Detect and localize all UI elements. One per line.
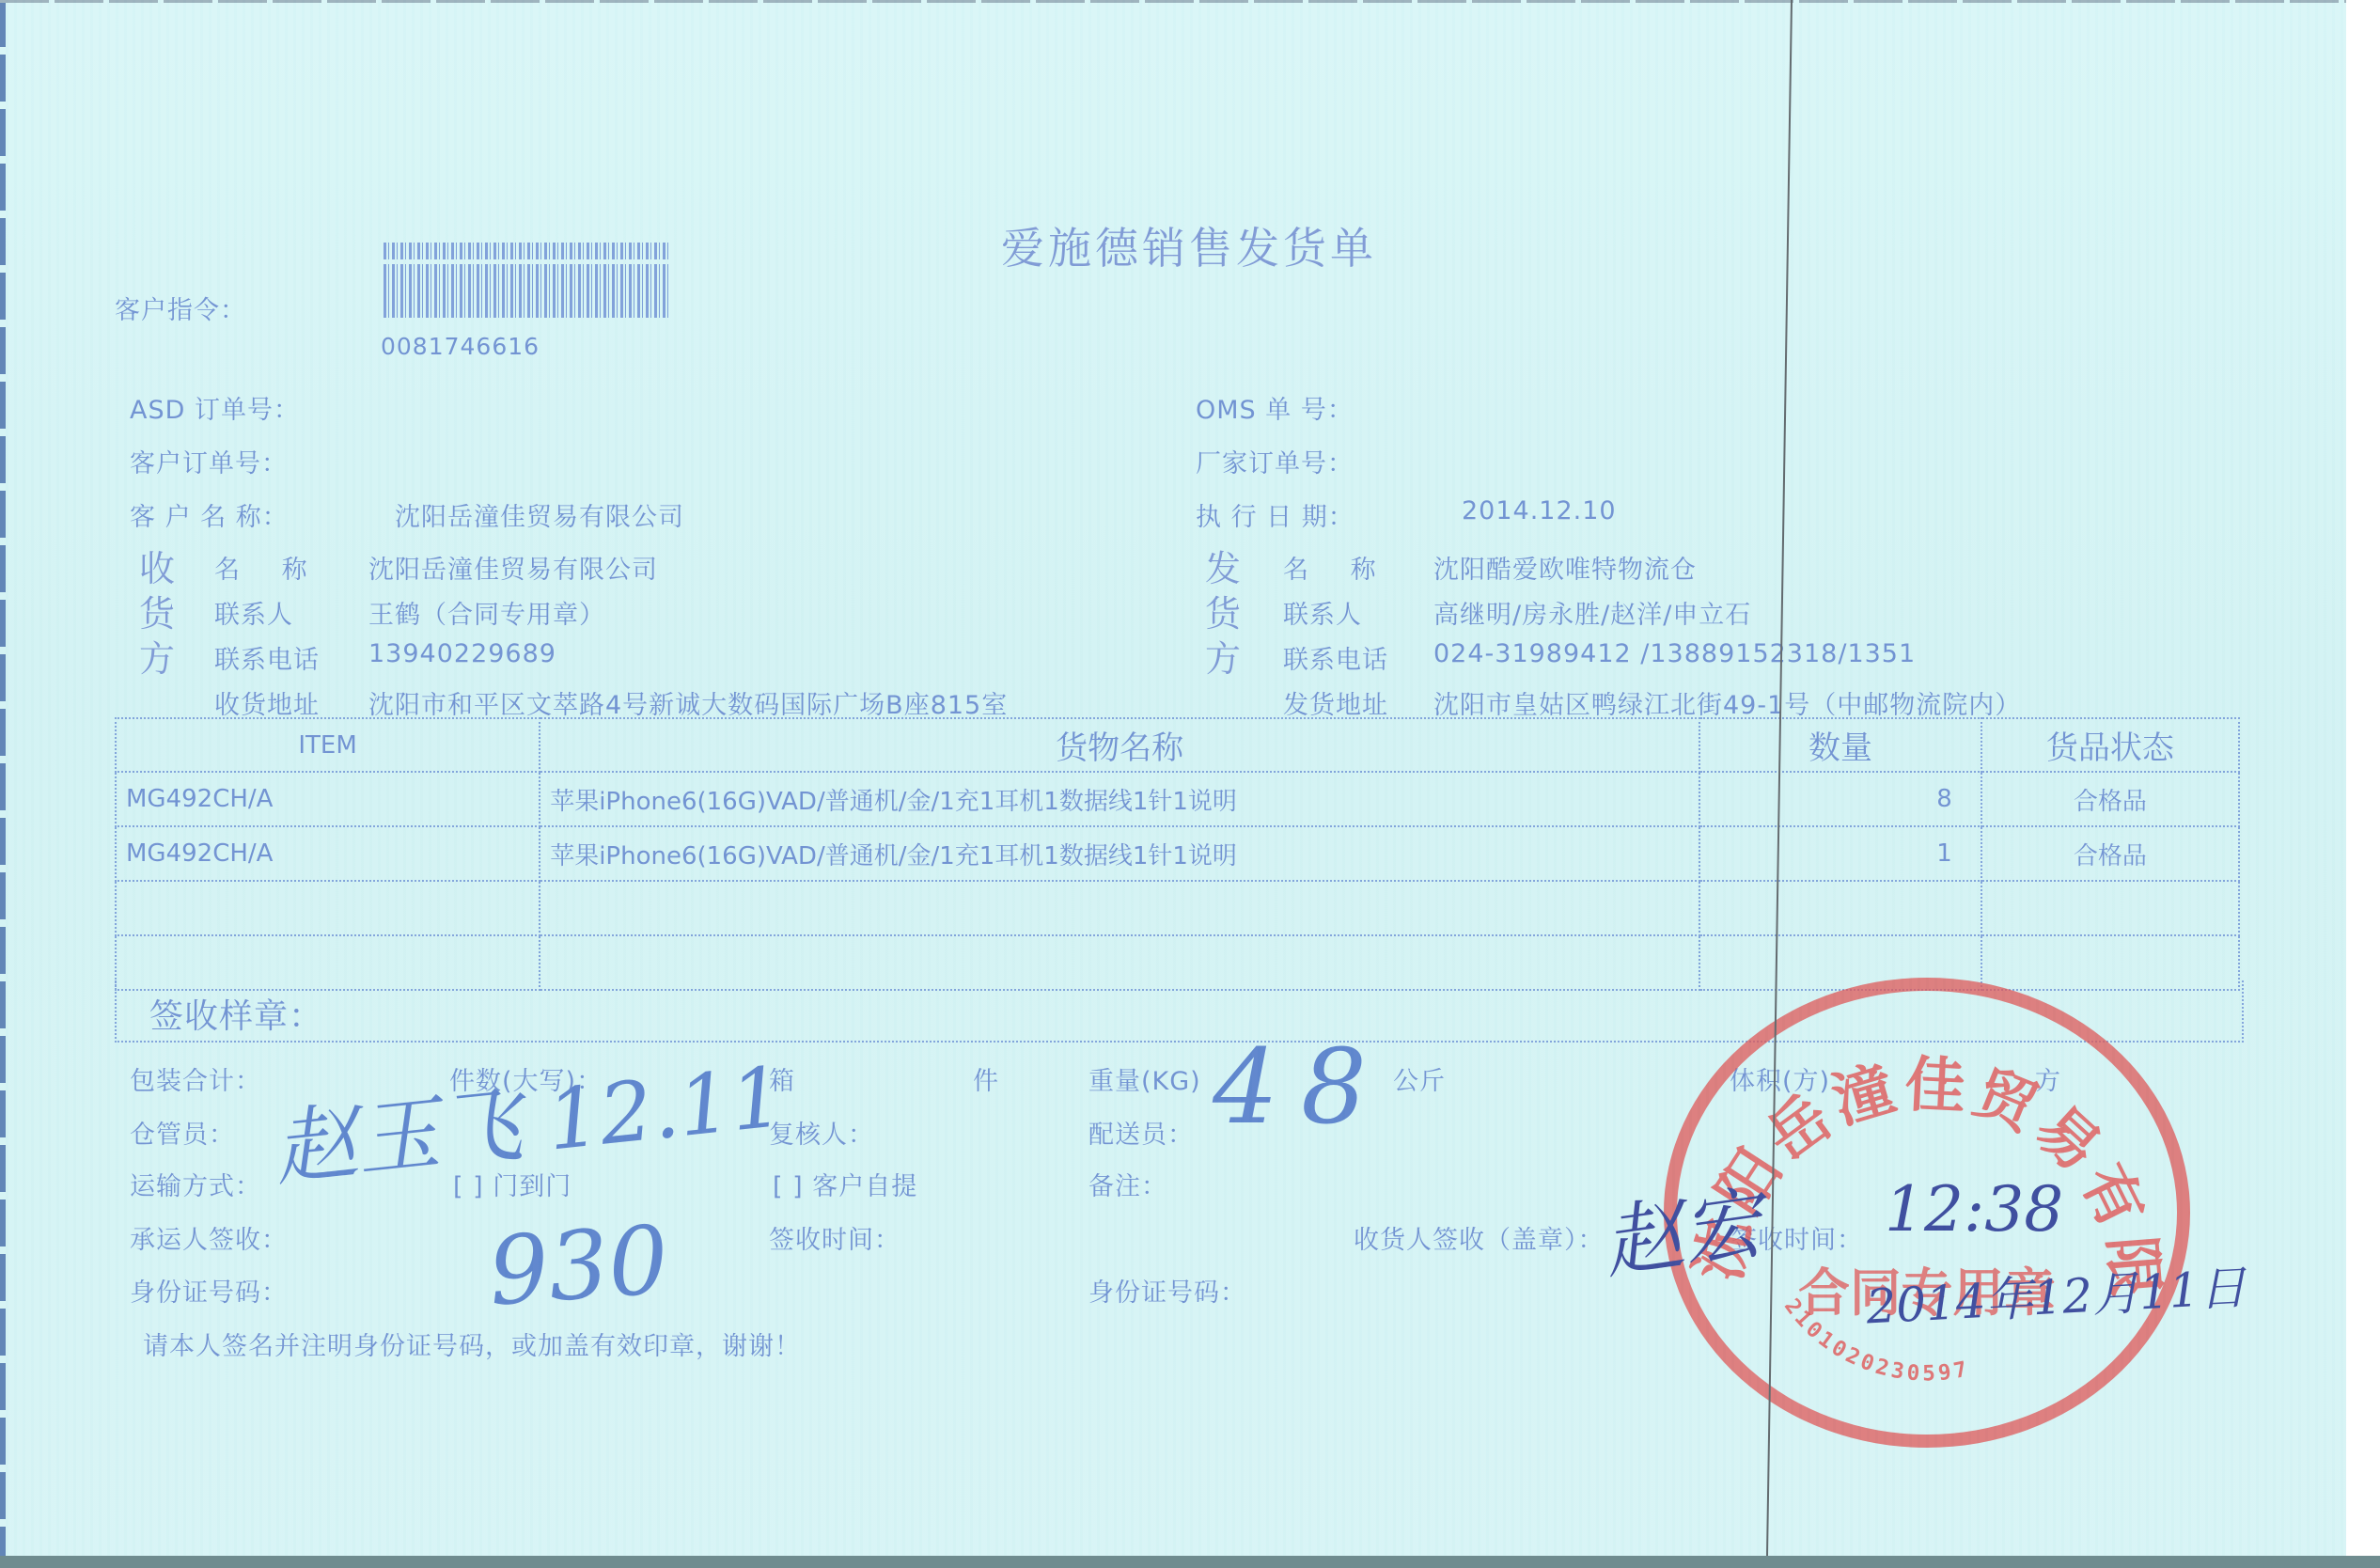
row-status: 合格品 [1981, 826, 2239, 881]
row-quantity: 8 [1699, 772, 1981, 826]
row-item: MG492CH/A [116, 826, 540, 881]
sender-side-3: 方 [1205, 630, 1242, 682]
handwritten-carrier-number: 930 [485, 1204, 672, 1326]
handwritten-weight: 48 [1213, 1027, 1389, 1147]
sender-side-1: 发 [1205, 540, 1242, 591]
row-item [116, 881, 540, 935]
table-row: MG492CH/A 苹果iPhone6(16G)VAD/普通机/金/1充1耳机1… [116, 826, 2239, 881]
sender-contact-label: 联系人 [1283, 594, 1362, 631]
weight-label: 重量(KG) [1088, 1060, 1201, 1097]
warehouse-keeper-label: 仓管员： [130, 1114, 235, 1151]
row-goods-name [540, 881, 1699, 935]
header-status: 货品状态 [1981, 718, 2239, 772]
delivery-person-label: 配送员： [1088, 1114, 1194, 1151]
id-number-label-left: 身份证号码： [130, 1272, 288, 1309]
factory-order-label: 厂家订单号： [1196, 443, 1354, 479]
handwritten-sign-time: 12:38 [1885, 1173, 2063, 1246]
carrier-sign-label: 承运人签收： [130, 1219, 288, 1256]
transport-label: 运输方式： [130, 1166, 261, 1202]
receiver-contact-value: 王鹤（合同专用章） [368, 594, 605, 631]
option-customer-pickup[interactable]: [ ] 客户自提 [773, 1166, 917, 1202]
signature-notice: 请本人签名并注明身份证号码，或加盖有效印章，谢谢！ [143, 1325, 801, 1362]
piece-label: 件 [973, 1060, 999, 1097]
id-number-label-right: 身份证号码： [1088, 1272, 1246, 1309]
header-item: ITEM [116, 718, 540, 772]
row-goods-name: 苹果iPhone6(16G)VAD/普通机/金/1充1耳机1数据线1针1说明 [540, 772, 1699, 826]
sender-phone-label: 联系电话 [1283, 639, 1388, 676]
receiver-side-3: 方 [139, 630, 176, 682]
goods-table-header: ITEM 货物名称 数量 货品状态 [116, 718, 2239, 772]
receiver-phone-label: 联系电话 [214, 639, 320, 676]
barcode-number: 0081746616 [381, 333, 540, 360]
customer-name-value: 沈阳岳潼佳贸易有限公司 [395, 496, 684, 533]
bottom-edge [0, 1556, 2380, 1568]
header-goods-name: 货物名称 [540, 718, 1699, 772]
goods-table: ITEM 货物名称 数量 货品状态 MG492CH/A 苹果iPhone6(16… [115, 717, 2240, 991]
top-perforation [0, 0, 2346, 3]
sender-name-value: 沈阳酷爱欧唯特物流仓 [1433, 549, 1697, 586]
receiver-name-value: 沈阳岳潼佳贸易有限公司 [368, 549, 658, 586]
customer-instruction-label: 客户指令： [115, 290, 246, 326]
row-status: 合格品 [1981, 772, 2239, 826]
receiver-name-label: 名 称 [214, 549, 324, 586]
sender-address-label: 发货地址 [1283, 684, 1388, 721]
sign-sample-label: 签收样章： [149, 990, 323, 1038]
asd-order-label: ASD 订单号： [130, 389, 300, 426]
sender-contact-value: 高继明/房永胜/赵洋/申立石 [1433, 594, 1751, 631]
receiver-side-1: 收 [139, 540, 176, 591]
row-item: MG492CH/A [116, 772, 540, 826]
exec-date-value: 2014.12.10 [1462, 496, 1617, 525]
customer-name-label: 客 户 名 称： [130, 496, 289, 533]
sender-address-value: 沈阳市皇姑区鸭绿江北街49-1号（中邮物流院内） [1433, 684, 2021, 721]
header-quantity: 数量 [1699, 718, 1981, 772]
receiver-contact-label: 联系人 [214, 594, 293, 631]
sender-name-label: 名 称 [1283, 549, 1393, 586]
sign-time-label: 签收时间： [769, 1219, 900, 1256]
remark-label: 备注： [1088, 1166, 1167, 1202]
row-goods-name: 苹果iPhone6(16G)VAD/普通机/金/1充1耳机1数据线1针1说明 [540, 826, 1699, 881]
receiver-address-label: 收货地址 [214, 684, 320, 721]
row-status [1981, 881, 2239, 935]
document-title: 爱施德销售发货单 [1001, 214, 1377, 276]
row-quantity [1699, 881, 1981, 935]
barcode [384, 243, 669, 318]
row-quantity: 1 [1699, 826, 1981, 881]
weight-unit: 公斤 [1393, 1060, 1446, 1097]
left-perforation [0, 0, 6, 1556]
exec-date-label: 执 行 日 期： [1196, 496, 1354, 533]
package-total-label: 包装合计： [130, 1060, 261, 1097]
table-row: MG492CH/A 苹果iPhone6(16G)VAD/普通机/金/1充1耳机1… [116, 772, 2239, 826]
oms-label: OMS 单 号： [1196, 389, 1354, 426]
receiver-side-2: 货 [139, 585, 176, 636]
handwritten-consignee-signature: 赵宏 [1595, 1160, 1767, 1294]
sender-phone-value: 024-31989412 /13889152318/1351 [1433, 639, 1916, 668]
sender-side-2: 货 [1205, 585, 1242, 636]
delivery-note-paper: 爱施德销售发货单 客户指令： 0081746616 ASD 订单号： 客户订单号… [0, 0, 2346, 1556]
table-row [116, 881, 2239, 935]
receiver-address-value: 沈阳市和平区文萃路4号新诚大数码国际广场B座815室 [368, 684, 1008, 721]
customer-order-label: 客户订单号： [130, 443, 288, 479]
receiver-phone-value: 13940229689 [368, 639, 556, 668]
consignee-sign-label: 收货人签收（盖章）： [1354, 1219, 1605, 1256]
